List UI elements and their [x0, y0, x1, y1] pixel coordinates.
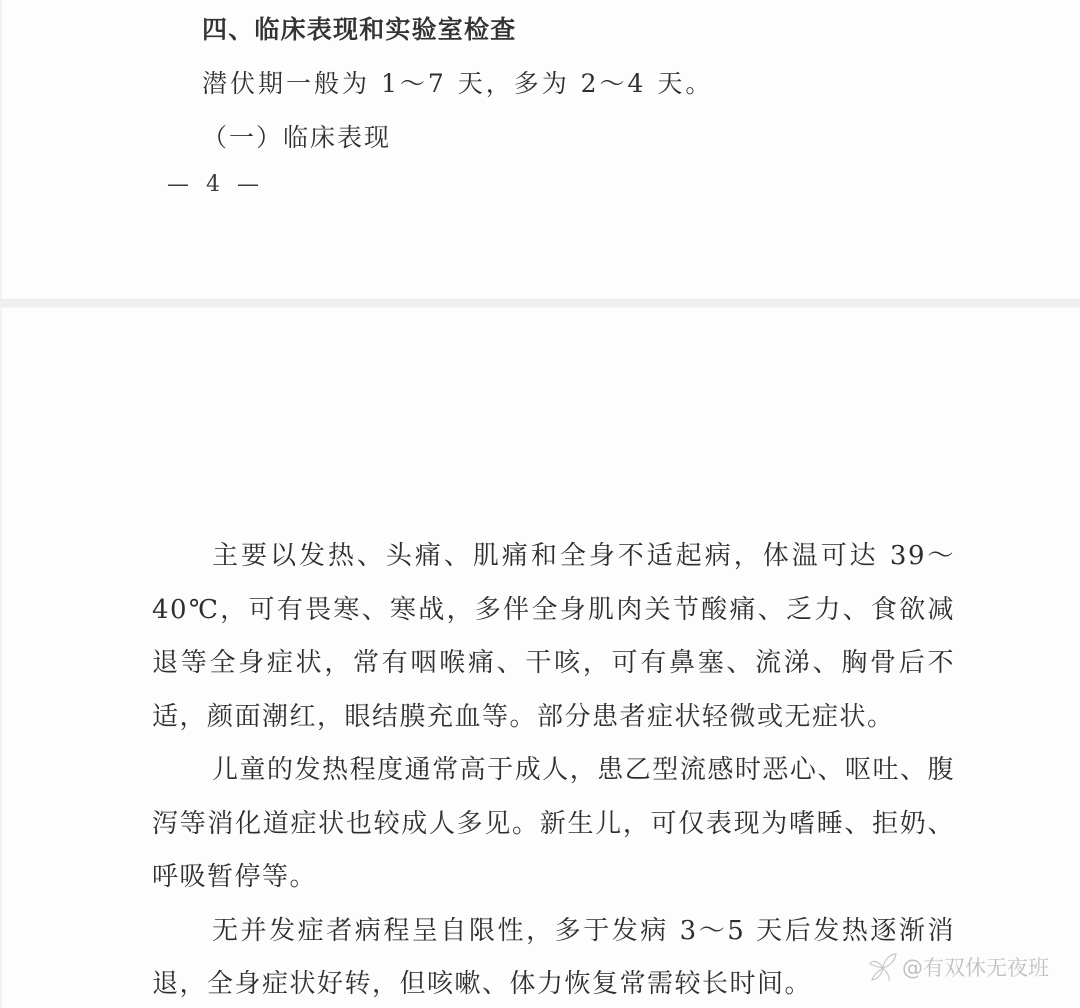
- watermark: @有双休无夜班: [868, 952, 1049, 982]
- section-heading: 四、临床表现和实验室检查: [202, 10, 516, 46]
- weibo-leaf-icon: [868, 952, 898, 982]
- incubation-period-text: 潜伏期一般为 1～7 天，多为 2～4 天。: [202, 64, 713, 100]
- paragraph-children: 儿童的发热程度通常高于成人，患乙型流感时恶心、呕吐、腹泻等消化道症状也较成人多见…: [152, 744, 955, 905]
- document-page-top: 四、临床表现和实验室检查 潜伏期一般为 1～7 天，多为 2～4 天。 （一）临…: [0, 0, 1080, 299]
- paragraph-symptoms: 主要以发热、头痛、肌痛和全身不适起病，体温可达 39～40℃，可有畏寒、寒战，多…: [152, 530, 955, 744]
- document-page-bottom: 主要以发热、头痛、肌痛和全身不适起病，体温可达 39～40℃，可有畏寒、寒战，多…: [0, 308, 1080, 1008]
- page-number: — 4 —: [167, 172, 260, 197]
- paragraph-course: 无并发症者病程呈自限性，多于发病 3～5 天后发热逐渐消退，全身症状好转，但咳嗽…: [152, 905, 955, 1008]
- clinical-manifestations-body: 主要以发热、头痛、肌痛和全身不适起病，体温可达 39～40℃，可有畏寒、寒战，多…: [152, 530, 955, 1008]
- watermark-text: @有双休无夜班: [902, 952, 1049, 982]
- subsection-heading: （一）临床表现: [202, 118, 391, 154]
- page-separator: [0, 299, 1080, 308]
